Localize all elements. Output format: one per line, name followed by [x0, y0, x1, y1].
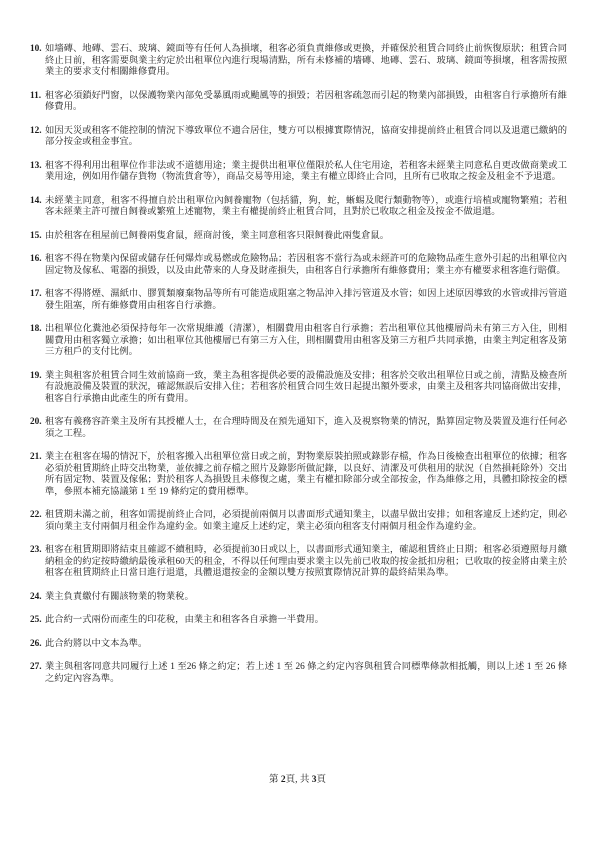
clause-item: 20. 租客有義務容許業主及所有其授權人士，在合理時間及在預先通知下，進入及視察…: [30, 417, 567, 440]
footer-total-label: 共: [300, 775, 312, 785]
clause-number: 17.: [30, 289, 45, 301]
clause-text: 出租單位化糞池必須保持每年一次常規維護（清潔），相關費用由租客自行承擔；若出租單…: [45, 324, 567, 359]
clause-item: 17. 租客不得將煙、濕紙巾、膠質類廢棄物品等所有可能造成阻塞之物品沖入排污管道…: [30, 289, 567, 312]
clause-number: 15.: [30, 231, 45, 243]
clause-number: 10.: [30, 44, 45, 56]
clause-item: 24. 業主負責繳付有關該物業的物業稅。: [30, 592, 567, 604]
clause-number: 25.: [30, 615, 45, 627]
clause-item: 15. 由於租客在租屋前已飼養兩隻倉鼠，經商討後，業主同意租客只限飼養此兩隻倉鼠…: [30, 231, 567, 243]
clause-text: 業主在租客在場的情況下，於租客搬入出租單位當日或之前，對物業原裝拍照或錄影存檔，…: [45, 452, 567, 498]
clause-text: 如墻磚、地磚、雲石、玻璃、鏡面等有任何人為損壞，租客必須負責維修或更換，并確保於…: [45, 44, 567, 79]
footer-page-suffix: 頁,: [286, 775, 300, 785]
clause-text: 租客有義務容許業主及所有其授權人士，在合理時間及在預先通知下，進入及視察物業的情…: [45, 417, 567, 440]
footer-page-label: 第: [269, 775, 281, 785]
clause-number: 22.: [30, 510, 45, 522]
clause-item: 23. 租客在租賃期即將結束且確認不續租時，必須提前30日或以上，以書面形式通知…: [30, 545, 567, 580]
clause-text: 如因天災或租客不能控制的情況下導致單位不適合居住，雙方可以根據實際情況，協商安排…: [45, 126, 567, 149]
clause-number: 23.: [30, 545, 45, 557]
clause-number: 20.: [30, 417, 45, 429]
clause-text: 租客在租賃期即將結束且確認不續租時，必須提前30日或以上，以書面形式通知業主，確…: [45, 545, 567, 580]
clause-text: 租客必須鎖好門窗，以保護物業內部免受暴風雨或颱風等的損毀；若因租客疏忽而引起的物…: [45, 91, 567, 114]
clause-item: 13. 租客不得利用出租單位作非法或不道德用途；業主提供出租單位僅限於私人住宅用…: [30, 161, 567, 184]
clause-number: 13.: [30, 161, 45, 173]
clause-item: 14. 未經業主同意，租客不得擅自於出租單位內飼養寵物（包括貓，狗，蛇，蜥蜴及爬…: [30, 196, 567, 219]
clause-text: 此合約將以中文本為準。: [45, 639, 567, 651]
clause-number: 27.: [30, 662, 45, 674]
document-page: 10. 如墻磚、地磚、雲石、玻璃、鏡面等有任何人為損壞，租客必須負責維修或更換，…: [0, 0, 595, 841]
clause-number: 18.: [30, 324, 45, 336]
clause-text: 業主負責繳付有關該物業的物業稅。: [45, 592, 567, 604]
clause-number: 21.: [30, 452, 45, 464]
clause-text: 租賃期未滿之前，租客如需提前終止合同，必須提前兩個月以書面形式通知業主，以盡早做…: [45, 510, 567, 533]
clause-item: 22. 租賃期未滿之前，租客如需提前終止合同，必須提前兩個月以書面形式通知業主，…: [30, 510, 567, 533]
clause-text: 業主與租客於租賃合同生效前協商一致，業主為租客提供必要的設備設施及安排；租客於交…: [45, 371, 567, 406]
clause-number: 24.: [30, 592, 45, 604]
clause-number: 12.: [30, 126, 45, 138]
clause-item: 25. 此合約一式兩份而產生的印花稅，由業主和租客各自承擔一半費用。: [30, 615, 567, 627]
clause-number: 14.: [30, 196, 45, 208]
clause-number: 16.: [30, 254, 45, 266]
clause-number: 19.: [30, 371, 45, 383]
clause-text: 租客不得在物業內保留或儲存任何爆炸或易燃或危險物品；若因租客不當行為或未經許可的…: [45, 254, 567, 277]
clause-item: 26. 此合約將以中文本為準。: [30, 639, 567, 651]
clause-number: 26.: [30, 639, 45, 651]
footer-total-suffix: 頁: [317, 775, 327, 785]
clause-list: 10. 如墻磚、地磚、雲石、玻璃、鏡面等有任何人為損壞，租客必須負責維修或更換，…: [30, 44, 567, 697]
clause-text: 此合約一式兩份而產生的印花稅，由業主和租客各自承擔一半費用。: [45, 615, 567, 627]
clause-item: 18. 出租單位化糞池必須保持每年一次常規維護（清潔），相關費用由租客自行承擔；…: [30, 324, 567, 359]
clause-item: 19. 業主與租客於租賃合同生效前協商一致，業主為租客提供必要的設備設施及安排；…: [30, 371, 567, 406]
clause-item: 21. 業主在租客在場的情況下，於租客搬入出租單位當日或之前，對物業原裝拍照或錄…: [30, 452, 567, 498]
clause-item: 11. 租客必須鎖好門窗，以保護物業內部免受暴風雨或颱風等的損毀；若因租客疏忽而…: [30, 91, 567, 114]
clause-text: 業主與租客同意共同履行上述 1 至26 條之約定；若上述 1 至 26 條之約定…: [45, 662, 567, 685]
clause-item: 27. 業主與租客同意共同履行上述 1 至26 條之約定；若上述 1 至 26 …: [30, 662, 567, 685]
clause-item: 10. 如墻磚、地磚、雲石、玻璃、鏡面等有任何人為損壞，租客必須負責維修或更換，…: [30, 44, 567, 79]
clause-text: 租客不得將煙、濕紙巾、膠質類廢棄物品等所有可能造成阻塞之物品沖入排污管道及水管；…: [45, 289, 567, 312]
clause-number: 11.: [30, 91, 45, 103]
clause-item: 12. 如因天災或租客不能控制的情況下導致單位不適合居住，雙方可以根據實際情況，…: [30, 126, 567, 149]
page-footer: 第 2頁, 共 3頁: [0, 774, 595, 786]
clause-text: 由於租客在租屋前已飼養兩隻倉鼠，經商討後，業主同意租客只限飼養此兩隻倉鼠。: [45, 231, 567, 243]
clause-item: 16. 租客不得在物業內保留或儲存任何爆炸或易燃或危險物品；若因租客不當行為或未…: [30, 254, 567, 277]
clause-text: 未經業主同意，租客不得擅自於出租單位內飼養寵物（包括貓，狗，蛇，蜥蜴及爬行類動物…: [45, 196, 567, 219]
clause-text: 租客不得利用出租單位作非法或不道德用途；業主提供出租單位僅限於私人住宅用途，若租…: [45, 161, 567, 184]
